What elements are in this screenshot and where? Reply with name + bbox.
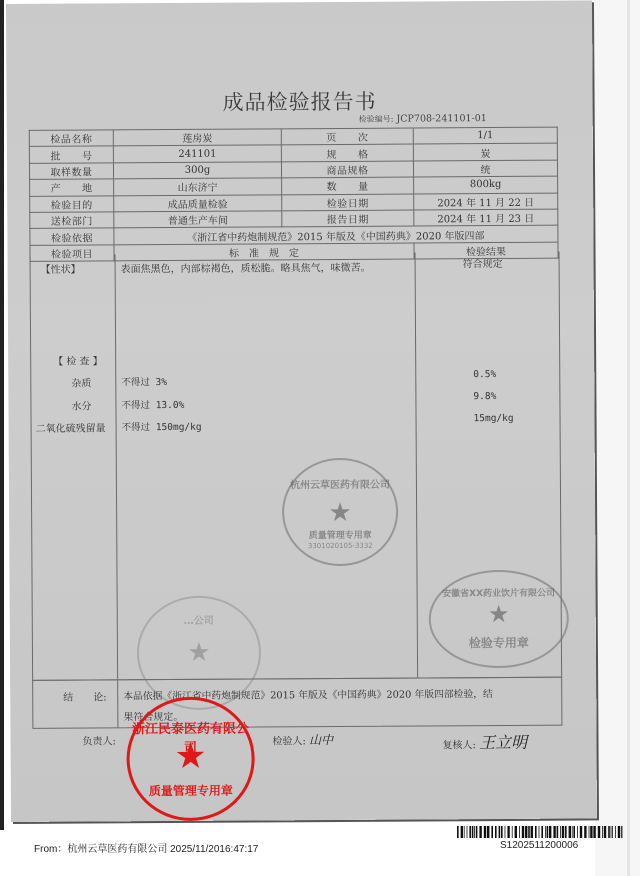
stamp-code: 3301020105-3332: [284, 542, 396, 551]
field-label: 取样数量: [29, 163, 113, 180]
reviewer-label: 复核人:: [443, 740, 476, 751]
field-value: 2024 年 11 月 22 日: [414, 193, 558, 210]
responsible-label: 负责人:: [82, 732, 115, 747]
field-label: 检品名称: [29, 130, 113, 147]
header-table: 检品名称莲房炭页 次1/1批 号241101规 格炭取样数量300g商品规格统产…: [29, 127, 559, 262]
star-icon: ★: [174, 736, 207, 777]
conclusion-section: 结 论: 本品依据《浙江省中药炮制规范》2015 年版及《中国药典》2020 年…: [32, 677, 562, 729]
star-icon: ★: [187, 638, 210, 668]
report-number: 检验编号: JCP708-241101-01: [359, 113, 487, 125]
result-moisture: 9.8%: [473, 391, 496, 402]
field-value: 300g: [113, 162, 281, 179]
field-label: 页 次: [281, 128, 413, 145]
conclusion-label: 结 论:: [63, 688, 106, 703]
reviewer-field: 复核人: 王立明: [442, 730, 527, 754]
field-value: 800kg: [414, 176, 558, 193]
field-value: 2024 年 11 月 23 日: [414, 209, 558, 226]
standard-so2: 不得过 150mg/kg: [122, 419, 202, 433]
result-impurity: 0.5%: [473, 369, 496, 380]
scan-edge: [0, 0, 4, 830]
field-label: 报告日期: [282, 210, 414, 227]
column-divider: [117, 680, 118, 727]
character-label: 【性状】: [41, 261, 81, 276]
stamp-ring-text: 安徽省XX药业饮片有限公司: [431, 586, 567, 600]
item-so2: 二氧化硫残留量: [36, 419, 106, 434]
item-impurity: 杂质: [71, 374, 91, 389]
star-icon: ★: [488, 600, 510, 628]
field-label: 送检部门: [30, 212, 114, 229]
inspector-field: 检验人: 山中: [272, 731, 333, 748]
column-divider: [115, 254, 119, 679]
quality-stamp-red: 浙江民泰医药有限公司 ★ 质量管理专用章: [126, 696, 255, 821]
field-label: 检验日期: [282, 194, 414, 211]
inspection-stamp-gray: 安徽省XX药业饮片有限公司 ★ 检验专用章: [428, 570, 569, 669]
barcode-icon: [457, 826, 623, 838]
inspection-label: 【 检 查 】: [53, 352, 103, 367]
column-divider: [415, 253, 419, 678]
field-label: 数 量: [282, 177, 414, 194]
standard-moisture: 不得过 13.0%: [121, 397, 184, 411]
report-number-label: 检验编号:: [359, 115, 394, 124]
field-value: 统: [413, 160, 557, 177]
field-value: 普通生产车间: [114, 211, 282, 228]
company-stamp-gray: 杭州云草医药有限公司 ★ 质量管理专用章 3301020105-3332: [282, 458, 399, 567]
reviewer-signature: 王立明: [479, 733, 527, 752]
character-result: 符合规定: [463, 255, 503, 270]
field-label: 检验目的: [30, 195, 114, 212]
stamp-ring-text: 杭州云草医药有限公司: [284, 476, 396, 492]
scan-margin: [595, 0, 640, 876]
stamp-bottom-text: 质量管理专用章: [130, 782, 252, 800]
barcode-number: S1202511200006: [500, 840, 578, 851]
report-sheet: 成品检验报告书 检验编号: JCP708-241101-01 检品名称莲房炭页 …: [6, 0, 597, 822]
star-icon: ★: [328, 498, 351, 528]
result-so2: 15mg/kg: [474, 413, 514, 424]
field-label: 产 地: [30, 179, 114, 196]
field-value: 莲房炭: [113, 129, 281, 146]
item-moisture: 水分: [71, 397, 91, 412]
field-label: 批 号: [29, 146, 113, 163]
basis-label: 检验依据: [30, 228, 114, 245]
character-standard: 表面焦黑色，内部棕褐色，质松脆。略具焦气，味微苦。: [121, 259, 371, 276]
field-label: 规 格: [281, 144, 413, 161]
inspector-signature: 山中: [309, 733, 333, 747]
report-number-value: JCP708-241101-01: [396, 113, 486, 125]
stamp-ring-text: …公司: [139, 611, 259, 627]
document-title: 成品检验报告书: [7, 84, 593, 118]
inspection-body: 【性状】 表面焦黑色，内部棕褐色，质松脆。略具焦气，味微苦。 符合规定 【 检 …: [30, 252, 563, 681]
field-value: 成品质量检验: [114, 194, 282, 211]
standard-impurity: 不得过 3%: [121, 374, 167, 388]
fax-from-line: From：杭州云草医药有限公司 2025/11/2016:47:17: [34, 840, 258, 855]
field-value: 1/1: [413, 127, 557, 144]
stamp-bottom-text: 质量管理专用章: [284, 528, 396, 542]
field-label: 商品规格: [281, 161, 413, 178]
field-value: 241101: [113, 145, 281, 162]
inspector-label: 检验人:: [272, 736, 305, 747]
field-value: 炭: [413, 144, 557, 161]
stamp-bottom-text: 检验专用章: [431, 634, 567, 652]
field-value: 山东济宁: [114, 178, 282, 195]
